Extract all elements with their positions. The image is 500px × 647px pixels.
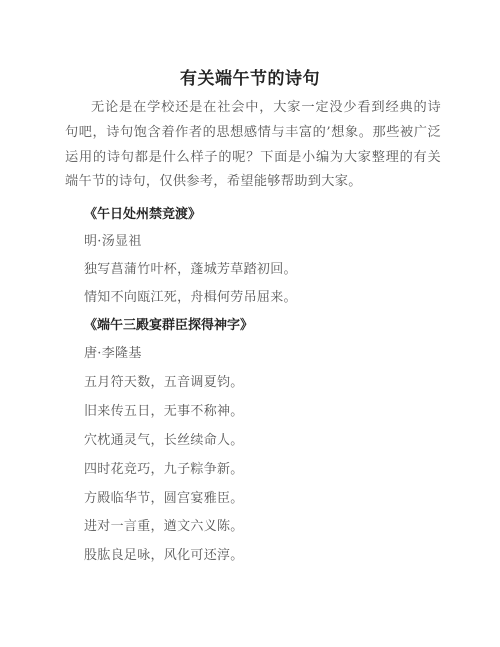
poem-title: 《端午三殿宴群臣探得神字》 — [84, 314, 253, 333]
intro-paragraph: 无论是在学校还是在社会中，大家一定没少看到经典的诗句吧，诗句饱含着作者的思想感情… — [65, 96, 441, 195]
poem-line: 独写菖蒲竹叶杯，蓬城芳草踏初回。 — [84, 258, 297, 277]
poem-line: 穴枕通灵气，长丝续命人。 — [84, 429, 244, 448]
poem-author: 明·汤显祖 — [84, 230, 142, 249]
poem-line: 股肱良足咏，风化可还淳。 — [84, 544, 244, 563]
poem-line: 方殿临华节，圆宫宴雅臣。 — [84, 487, 244, 506]
poem-line: 五月符天数，五音调夏钧。 — [84, 371, 244, 390]
poem-line: 进对一言重，遒文六义陈。 — [84, 515, 244, 534]
poem-line: 情知不向瓯江死，舟楫何劳吊屈来。 — [84, 286, 297, 305]
poem-author: 唐·李隆基 — [84, 342, 142, 361]
poem-line: 四时花竞巧，九子粽争新。 — [84, 458, 244, 477]
poem-title: 《午日处州禁竞渡》 — [84, 203, 201, 222]
page-title: 有关端午节的诗句 — [0, 64, 500, 89]
poem-line: 旧来传五日，无事不称神。 — [84, 400, 244, 419]
